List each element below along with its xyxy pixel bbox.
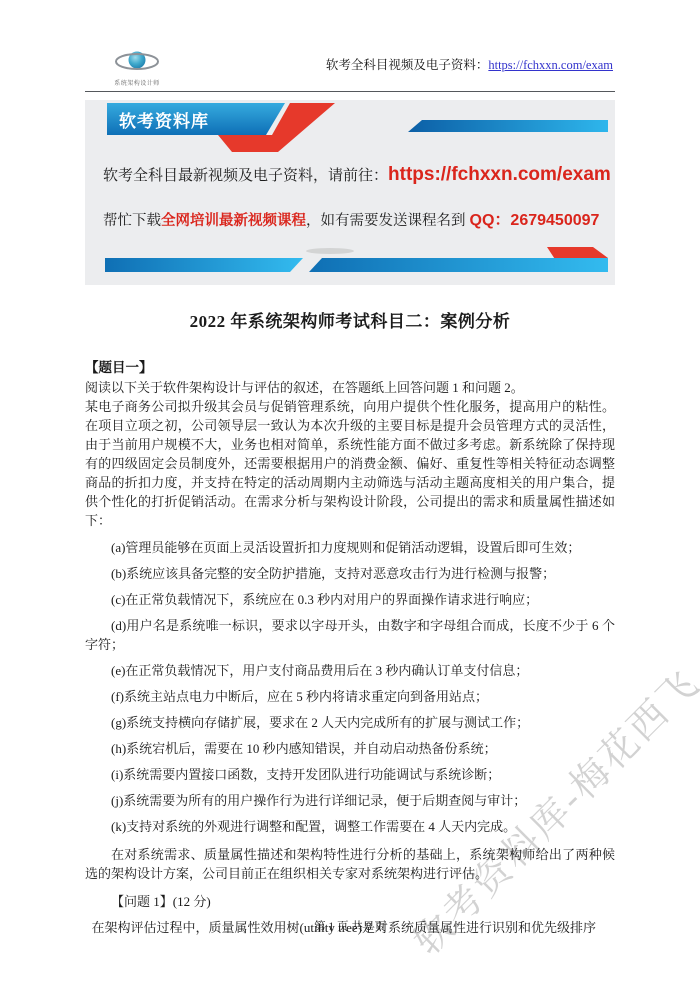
logo-label: 系统架构设计师 [107,78,167,87]
logo-icon [113,48,161,74]
intro-paragraph: 某电子商务公司拟升级其会员与促销管理系统，向用户提供个性化服务，提高用户的粘性。… [85,397,615,530]
document-body: 2022 年系统架构师考试科目二：案例分析 【题目一】 阅读以下关于软件架构设计… [85,285,615,937]
header-note-label: 软考全科目视频及电子资料： [326,58,489,72]
requirement-item: (i)系统需要内置接口函数，支持开发团队进行功能调试与系统诊断； [85,765,615,784]
page-title: 2022 年系统架构师考试科目二：案例分析 [85,307,615,332]
top-right-stripe [408,120,608,132]
banner-line1: 软考全科目最新视频及电子资料，请前往：https://fchxxn.com/ex… [103,164,608,186]
section-heading: 【题目一】 [85,357,615,378]
banner-line2-highlight: 全网培训最新视频课程 [161,213,306,229]
page-header: 系统架构设计师 软考全科目视频及电子资料：https://fchxxn.com/… [85,46,615,92]
intro-line: 阅读以下关于软件架构设计与评估的叙述，在答题纸上回答问题 1 和问题 2。 [85,378,615,397]
requirement-item: (b)系统应该具备完整的安全防护措施，支持对恶意攻击行为进行检测与报警； [85,564,615,583]
promo-banner: 软考资料库 软考全科目最新视频及电子资料，请前往：https://fchxxn.… [85,100,615,285]
requirement-item: (c)在正常负载情况下，系统应在 0.3 秒内对用户的界面操作请求进行响应； [85,590,615,609]
closing-paragraph: 在对系统需求、质量属性描述和架构特性进行分析的基础上，系统架构师给出了两种候选的… [85,845,615,883]
requirement-item: (j)系统需要为所有的用户操作行为进行详细记录，便于后期查阅与审计； [85,791,615,810]
requirement-item: (f)系统主站点电力中断后，应在 5 秒内将请求重定向到备用站点； [85,687,615,706]
requirement-item: (a)管理员能够在页面上灵活设置折扣力度规则和促销活动逻辑，设置后即可生效； [85,538,615,557]
requirement-item: (d)用户名是系统唯一标识，要求以字母开头，由数字和字母组合而成，长度不少于 6… [85,616,615,654]
banner-line2-middle: ，如有需要发送课程名到 [306,213,470,229]
requirement-list: (a)管理员能够在页面上灵活设置折扣力度规则和促销活动逻辑，设置后即可生效； (… [85,538,615,836]
banner-line2-prefix: 帮忙下载 [103,213,161,229]
requirement-item: (g)系统支持横向存储扩展，要求在 2 人天内完成所有的扩展与测试工作； [85,713,615,732]
question-heading: 【问题 1】(12 分) [85,892,615,911]
banner-line2: 帮忙下载全网培训最新视频课程，如有需要发送课程名到 QQ：2679450097 [103,207,608,230]
banner-qq-number: QQ：2679450097 [470,212,600,229]
document-page: 软考资料库-梅花西飞 系统架构设计师 软考全科目视频及电子资料：https://… [0,0,700,989]
banner-ribbon-label: 软考资料库 [119,107,209,132]
requirement-item: (k)支持对系统的外观进行调整和配置，调整工作需要在 4 人天内完成。 [85,817,615,836]
bottom-right-stripe [309,258,608,272]
question-text: 在架构评估过程中，质量属性效用树(utility tree)是对系统质量属性进行… [85,918,615,937]
requirement-item: (e)在正常负载情况下，用户支付商品费用后在 3 秒内确认订单支付信息； [85,661,615,680]
banner-link[interactable]: https://fchxxn.com/exam [388,164,611,185]
header-link[interactable]: https://fchxxn.com/exam [488,58,613,72]
bottom-left-stripe [105,258,303,272]
requirement-item: (h)系统宕机后，需要在 10 秒内感知错误，并自动启动热备份系统； [85,739,615,758]
shadow-ellipse [306,248,354,254]
logo: 系统架构设计师 [107,48,167,87]
header-note: 软考全科目视频及电子资料：https://fchxxn.com/exam [326,55,613,73]
banner-line1-text: 软考全科目最新视频及电子资料，请前往： [103,167,388,184]
